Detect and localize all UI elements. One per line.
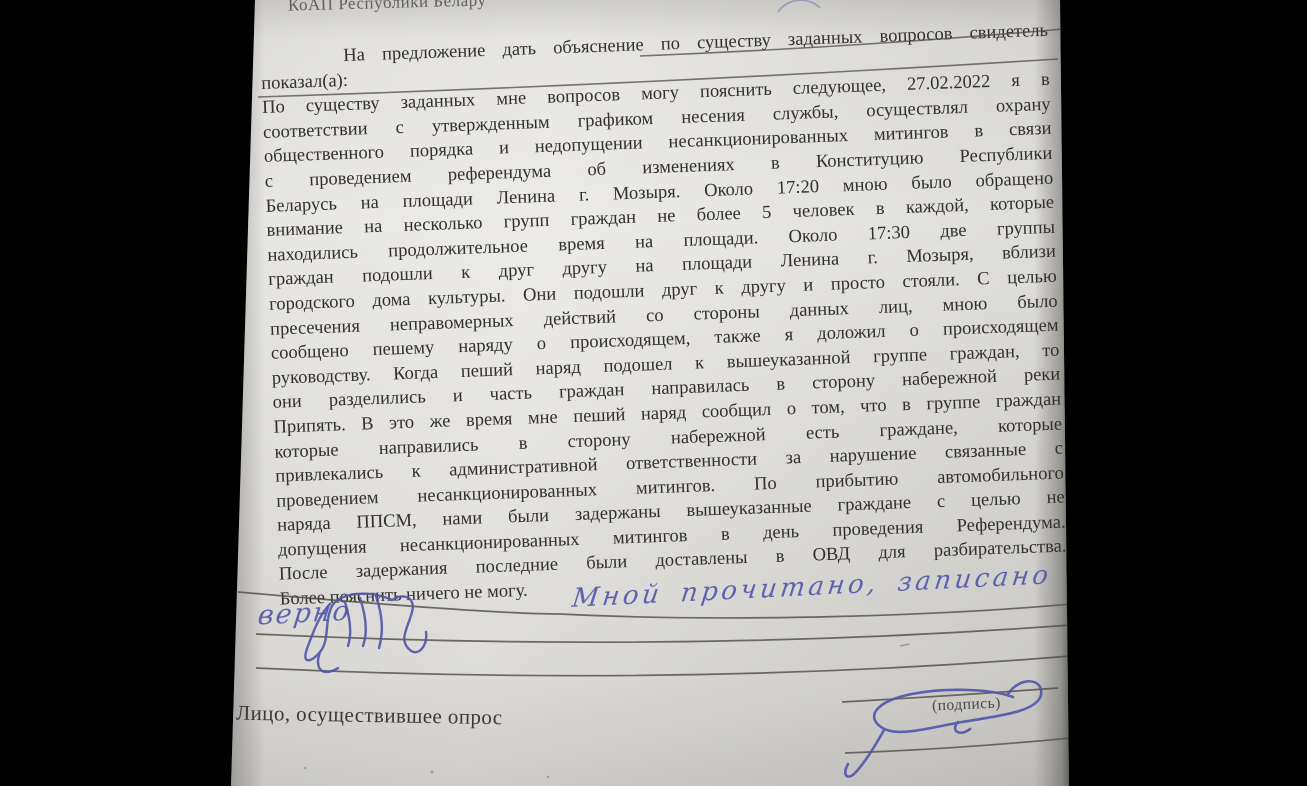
document-paper: КоАП Республики Белару На предложение да… <box>0 0 1307 786</box>
statement-lines: По существу заданных мне вопросов могу п… <box>262 68 1068 612</box>
pen-mark <box>900 644 909 646</box>
officer-signature-scribble <box>845 681 1041 776</box>
handwritten-note-verno: верно <box>256 595 353 631</box>
paper-left-edge-shadow <box>231 0 265 786</box>
paper-smudge <box>431 771 434 774</box>
header-law-reference: КоАП Республики Белару <box>288 0 487 16</box>
ruled-line <box>256 656 1071 676</box>
paper-smudge <box>547 776 549 778</box>
ruled-line <box>256 625 1071 642</box>
signature-caption: (подпись) <box>932 695 1002 716</box>
photo-of-document: КоАП Республики Белару На предложение да… <box>0 0 1307 786</box>
paper-smudge <box>304 767 307 770</box>
pen-mark <box>778 0 820 12</box>
interviewer-label: Лицо, осуществившее опрос <box>236 701 503 731</box>
statement-text-block: На предложение дать объяснение по сущест… <box>260 19 1068 612</box>
